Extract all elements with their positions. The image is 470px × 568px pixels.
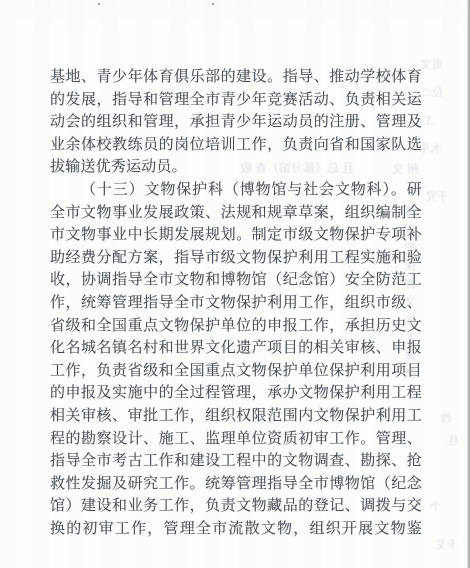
scan-speck [98,3,100,5]
bleedthrough-fragment: 且 [448,432,459,448]
bleedthrough-fragment: 位二 [421,84,443,100]
text-line-section-heading: （十三）文物保护科（博物馆与社会文物科）。研究 [50,179,422,202]
bleedthrough-fragment: 干究 [426,188,448,204]
paragraph: （十三）文物保护科（博物馆与社会文物科）。研究 全市文物事业发展政策、法规和规章… [50,179,422,541]
text-line: 换的初审工作，管理全市流散文物，组织开展文物鉴定、 [50,518,422,541]
bleedthrough-fragment: 个 [430,498,441,514]
bleedthrough-fragment: 工 [423,112,434,128]
text-line: 的申报及实施中的全过程管理，承办文物保护利用工程 [50,382,422,405]
text-line: 收，协调指导全市文物和博物馆（纪念馆）安全防范工 [50,269,422,292]
text-line: 省级和全国重点文物保护单位的申报工作，承担历史文 [50,315,422,338]
scanned-page: 基地、青少年体育俱乐部的建设。指导、推动学校体育 的发展，指导和管理全市青少年竞… [0,0,470,568]
text-line: 基地、青少年体育俱乐部的建设。指导、推动学校体育 [50,66,422,89]
bleedthrough-fragment: 水斗 [420,140,442,156]
scan-speck [212,3,214,5]
text-line: 作，统筹管理指导全市文物保护利用工作，组织市级、 [50,292,422,315]
text-line: 馆）建设和业务工作，负责文物藏品的登记、调拨与交 [50,495,422,518]
bleedthrough-fragment: 改 [440,410,451,426]
text-line: 拔输送优秀运动员。 [50,156,422,179]
text-line: 的发展，指导和管理全市青少年竞赛活动、负责相关运 [50,89,422,112]
document-text: 基地、青少年体育俱乐部的建设。指导、推动学校体育 的发展，指导和管理全市青少年竞… [50,66,422,540]
text-line: 相关审核、审批工作，组织权限范围内文物保护利用工 [50,405,422,428]
text-line: 化名城名镇名村和世界文化遗产项目的相关审核、申报 [50,337,422,360]
text-line: 业余体校教练员的岗位培训工作，负责向省和国家队选 [50,134,422,157]
bleedthrough-fragment: 卡戈 [436,536,458,552]
bleedthrough-fragment: 贡文 [421,56,443,72]
paragraph: 基地、青少年体育俱乐部的建设。指导、推动学校体育 的发展，指导和管理全市青少年竞… [50,66,422,179]
text-line: 动会的组织和管理，承担青少年运动员的注册、管理及 [50,111,422,134]
text-line: 程的勘察设计、施工、监理单位资质初审工作。管理、 [50,428,422,451]
text-line: 救性发掘及研究工作。统筹管理指导全市博物馆（纪念 [50,473,422,496]
text-line: 助经费分配方案，指导市级文物保护利用工程实施和验 [50,247,422,270]
text-line: 全市文物事业发展政策、法规和规章草案，组织编制全 [50,202,422,225]
text-line: 市文物事业中长期发展规划。制定市级文物保护专项补 [50,224,422,247]
text-line: 工作，负责省级和全国重点文物保护单位保护利用项目 [50,360,422,383]
text-line: 指导全市考古工作和建设工程中的文物调查、勘探、抢 [50,450,422,473]
